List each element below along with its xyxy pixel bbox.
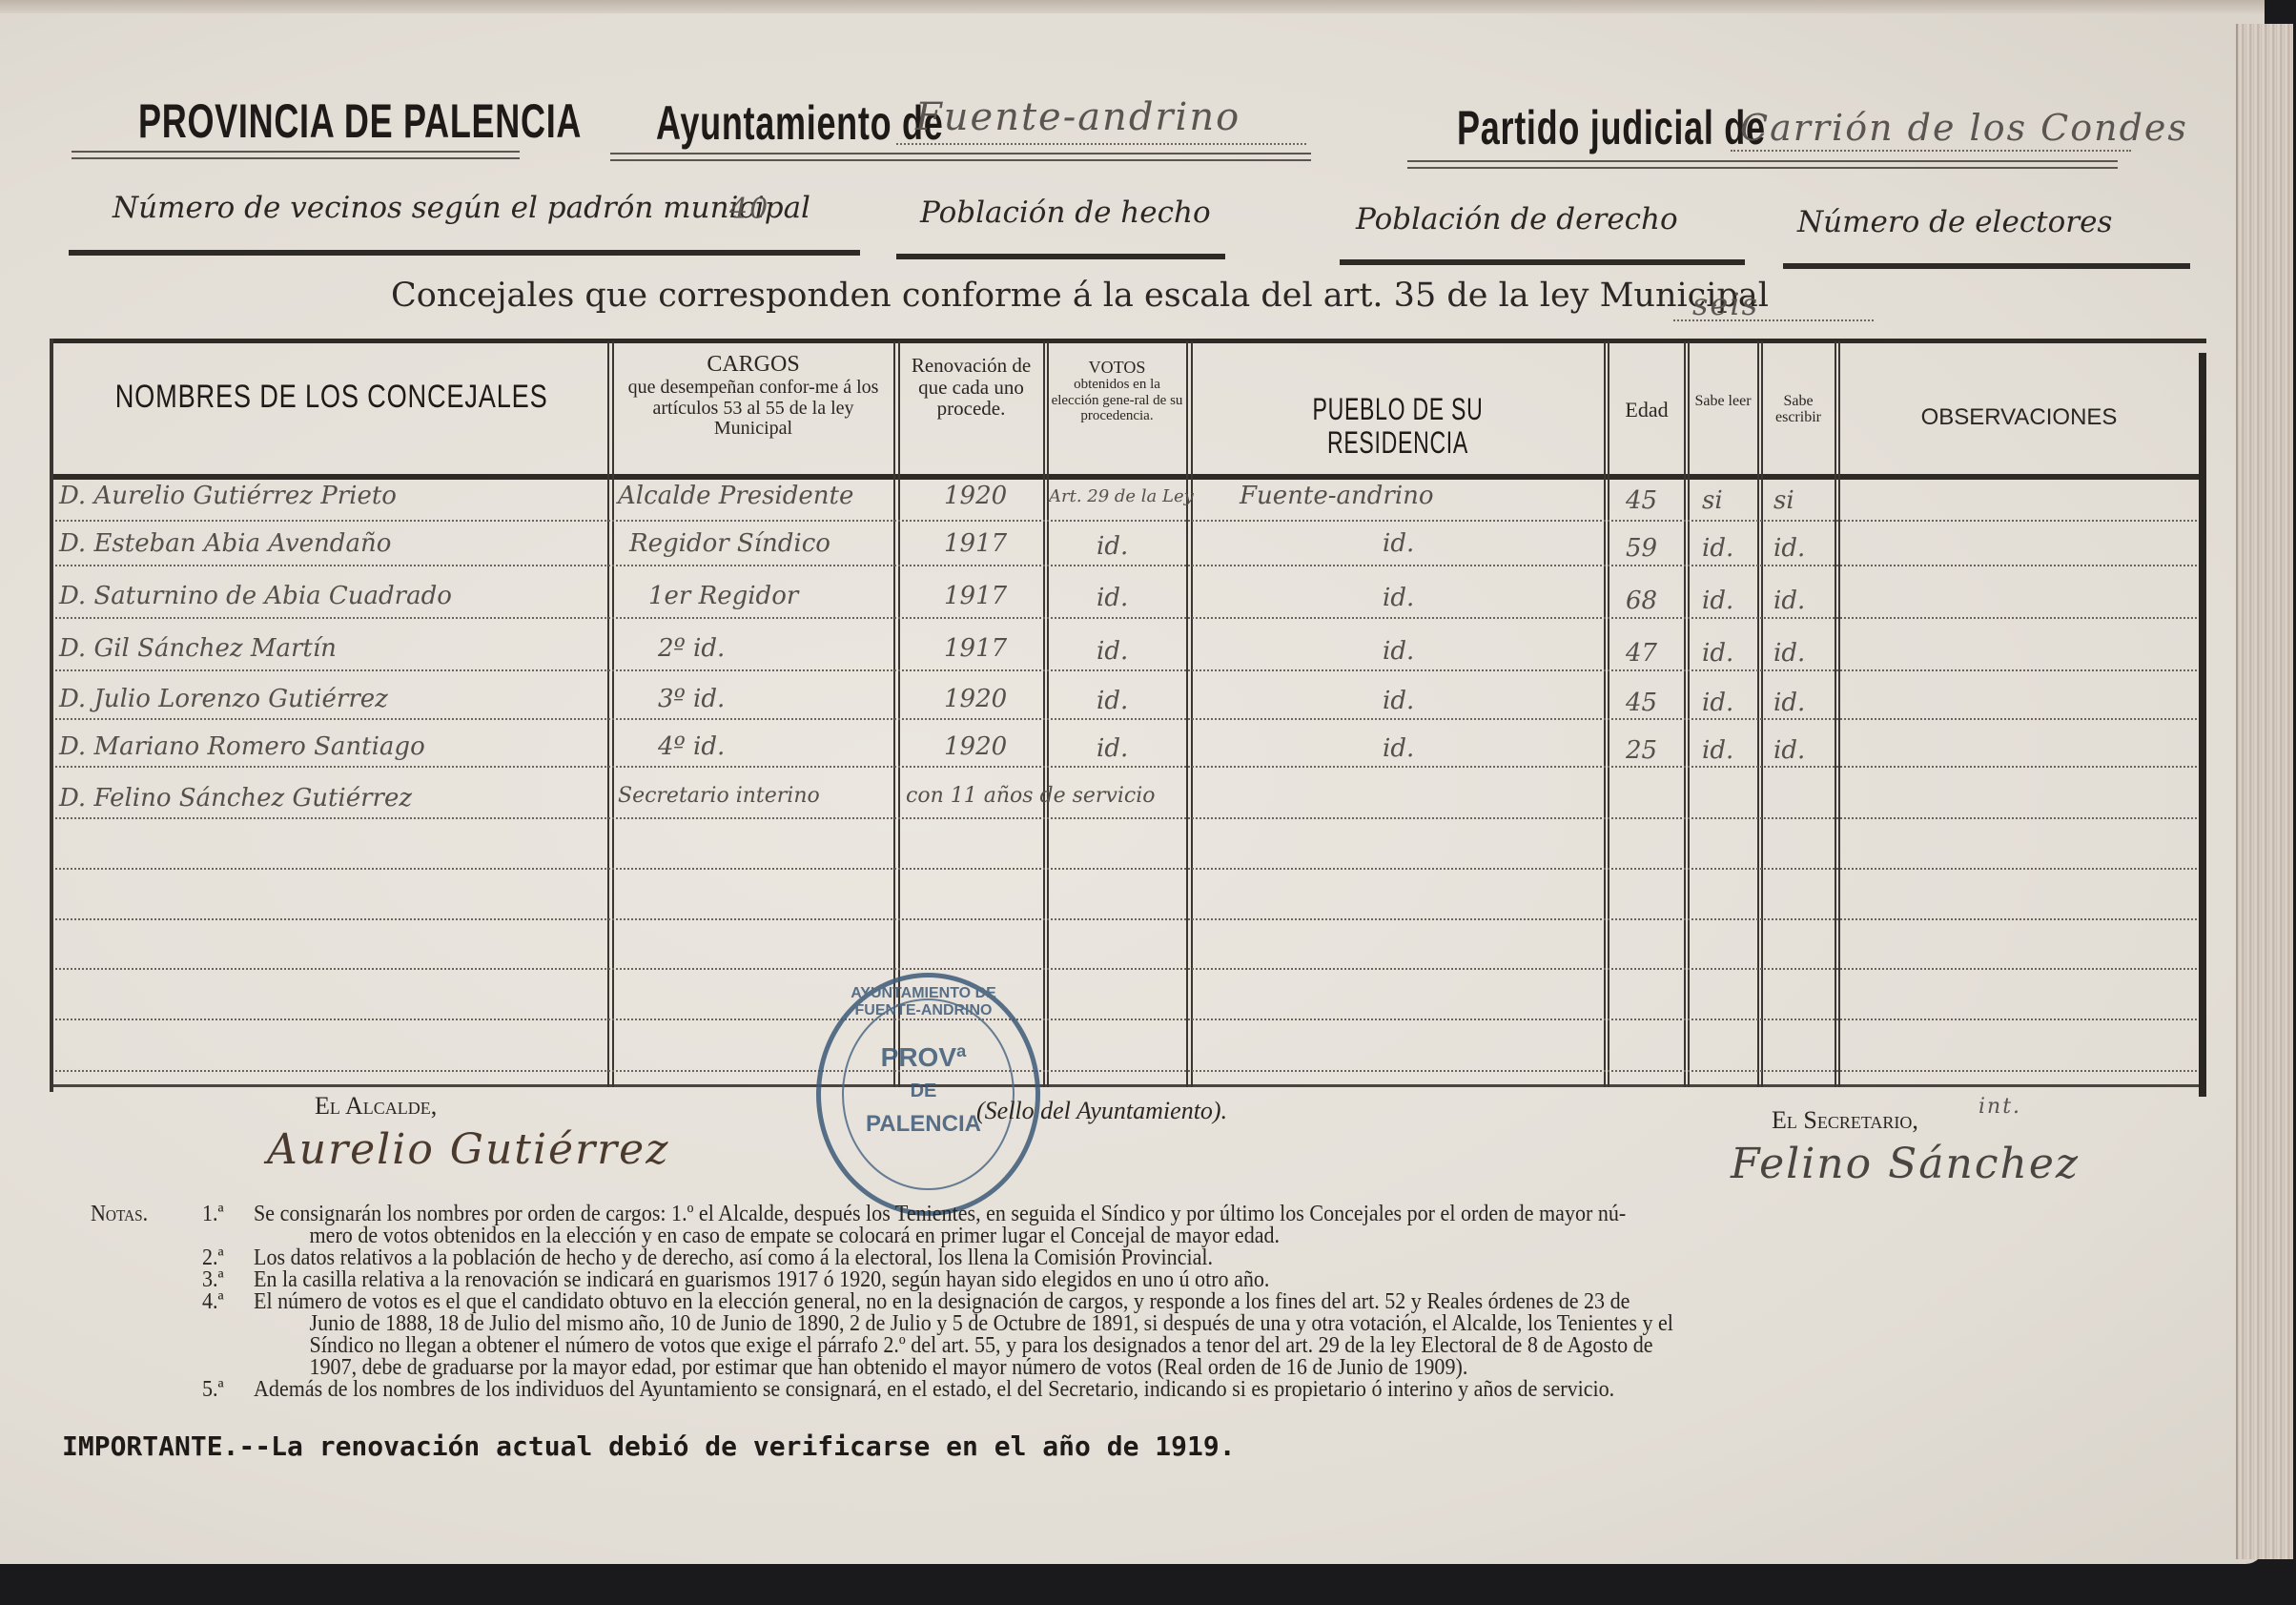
header-edad: Edad	[1609, 399, 1684, 422]
cell-nombre: D. Aurelio Gutiérrez Prieto	[59, 482, 397, 510]
book-page-edges	[2236, 24, 2293, 1559]
cell-cargo: Secretario interino	[618, 784, 820, 808]
ayuntamiento-stamp: AYUNTAMIENTO DE FUENTE-ANDRINO PROVª DE …	[816, 973, 1040, 1216]
hecho-rule	[896, 254, 1225, 259]
cell-renovacion: 1917	[944, 529, 1007, 558]
notes-block: Notas. 1.ª Se consignarán los nombres po…	[91, 1204, 2167, 1401]
col-divider	[1688, 341, 1690, 1087]
table-left-border	[50, 339, 53, 1092]
row-line	[55, 718, 2197, 720]
cell-edad: 47	[1626, 639, 1657, 668]
cell-cargo: 4º id.	[658, 732, 725, 761]
col-divider	[1838, 341, 1840, 1087]
col-divider	[1186, 341, 1188, 1087]
cell-renovacion: 1917	[944, 634, 1007, 663]
cell-edad: 45	[1626, 689, 1657, 717]
cell-pueblo: id.	[1383, 734, 1414, 763]
cell-nombre: D. Felino Sánchez Gutiérrez	[59, 784, 412, 813]
vecinos-label: Número de vecinos según el padrón munici…	[113, 191, 810, 225]
header-nombres-text: NOMBRES DE LOS CONCEJALES	[115, 380, 548, 415]
derecho-label: Población de derecho	[1356, 202, 1678, 237]
cell-votos: Art. 29 de la Ley	[1049, 486, 1194, 506]
row-line	[55, 1019, 2197, 1020]
header-sabe-leer: Sabe leer	[1690, 393, 1756, 409]
header-nombres: NOMBRES DE LOS CONCEJALES	[57, 380, 605, 416]
cell-cargo: Regidor Síndico	[629, 529, 830, 558]
ayuntamiento-underline	[610, 153, 1311, 161]
header-votos-sub: obtenidos en la elección gene-ral de su …	[1049, 377, 1185, 423]
notes-label: Notas.	[91, 1204, 148, 1225]
concejales-value: seis	[1692, 286, 1759, 322]
header-cargos-title: CARGOS	[614, 353, 892, 378]
col-divider	[898, 341, 900, 1087]
row-line	[55, 669, 2197, 671]
cell-pueblo: id.	[1383, 637, 1414, 666]
cell-nombre: D. Julio Lorenzo Gutiérrez	[59, 685, 388, 713]
partido-underline	[1407, 160, 2118, 169]
header-observaciones: OBSERVACIONES	[1840, 405, 2198, 430]
cell-edad: 45	[1626, 486, 1657, 515]
cell-leer: id.	[1702, 534, 1733, 563]
secretario-note: int.	[1978, 1095, 2021, 1119]
table-top-border	[50, 339, 2206, 343]
col-divider	[1835, 341, 1836, 1087]
col-divider	[1684, 341, 1686, 1087]
col-divider	[1047, 341, 1049, 1087]
cell-escribir: id.	[1773, 534, 1805, 563]
cell-votos: id.	[1097, 532, 1128, 561]
cell-pueblo: id.	[1383, 687, 1414, 715]
header-renovacion: Renovación de que cada uno procede.	[900, 355, 1042, 420]
cell-votos: id.	[1097, 584, 1128, 612]
cell-nombre: D. Saturnino de Abia Cuadrado	[59, 582, 452, 610]
cell-renovacion: 1920	[944, 732, 1007, 761]
cell-cargo: 3º id.	[658, 685, 725, 713]
col-divider	[612, 341, 614, 1087]
cell-leer: id.	[1702, 639, 1733, 668]
cell-renovacion: 1920	[944, 482, 1007, 510]
cell-pueblo: id.	[1383, 584, 1414, 612]
cell-escribir: id.	[1773, 586, 1805, 615]
sello-label: (Sello del Ayuntamiento).	[976, 1097, 1227, 1125]
note-num: 5.ª	[202, 1379, 224, 1401]
cell-leer: si	[1702, 486, 1723, 515]
header-sabe-escribir: Sabe escribir	[1763, 393, 1834, 426]
row-line	[55, 565, 2197, 566]
cell-pueblo: Fuente-andrino	[1240, 482, 1434, 510]
cell-leer: id.	[1702, 736, 1733, 765]
cell-nombre: D. Mariano Romero Santiago	[59, 732, 425, 761]
header-votos-title: VOTOS	[1049, 359, 1185, 377]
partido-label: Partido judicial de	[1457, 100, 1766, 155]
row-line	[55, 817, 2197, 819]
ayuntamiento-value: Fuente-andrino	[915, 95, 1240, 139]
hecho-label: Población de hecho	[920, 195, 1211, 230]
cell-cargo: 1er Regidor	[648, 582, 798, 610]
col-divider	[1043, 341, 1045, 1087]
cell-edad: 25	[1626, 736, 1657, 765]
cell-nombre: D. Esteban Abia Avendaño	[59, 529, 391, 558]
cell-nombre: D. Gil Sánchez Martín	[59, 634, 337, 663]
note-num: 4.ª	[202, 1291, 224, 1313]
cell-renovacion: 1920	[944, 685, 1007, 713]
importante-note: IMPORTANTE.--La renovación actual debió …	[62, 1430, 1236, 1462]
cell-votos: id.	[1097, 637, 1128, 666]
cell-escribir: id.	[1773, 736, 1805, 765]
table-bottom-rule	[53, 1084, 2199, 1087]
header-cargos-sub: que desempeñan confor-me á los artículos…	[614, 378, 892, 440]
cell-leer: id.	[1702, 586, 1733, 615]
electores-rule	[1783, 263, 2190, 269]
col-divider	[1761, 341, 1763, 1087]
alcalde-label: El Alcalde,	[315, 1092, 437, 1121]
cell-cargo: 2º id.	[658, 634, 725, 663]
vecinos-value: 40	[729, 193, 769, 226]
partido-value: Carrión de los Condes	[1740, 107, 2188, 149]
col-divider	[607, 341, 609, 1087]
note-text: Además de los nombres de los individuos …	[254, 1379, 1614, 1401]
col-divider	[1604, 341, 1606, 1087]
provincia-title: PROVINCIA DE PALENCIA	[138, 93, 582, 149]
cell-leer: id.	[1702, 689, 1733, 717]
row-line	[55, 520, 2197, 522]
secretario-signature: Felino Sánchez	[1731, 1140, 2080, 1188]
concejales-label: Concejales que corresponden conforme á l…	[391, 277, 1769, 315]
cell-renovacion: con 11 años de servicio	[906, 784, 1156, 808]
header-pueblo-text: PUEBLO DE SU RESIDENCIA	[1250, 393, 1546, 459]
row-line	[55, 617, 2197, 619]
row-line	[55, 1070, 2197, 1072]
cell-votos: id.	[1097, 734, 1128, 763]
row-line	[55, 868, 2197, 870]
electores-label: Número de electores	[1797, 205, 2112, 239]
cell-votos: id.	[1097, 687, 1128, 715]
cell-pueblo: id.	[1383, 529, 1414, 558]
header-pueblo: PUEBLO DE SU RESIDENCIA	[1193, 393, 1603, 459]
vecinos-rule	[69, 250, 860, 256]
cell-cargo: Alcalde Presidente	[618, 482, 853, 510]
secretario-label: El Secretario,	[1772, 1106, 1918, 1135]
ayuntamiento-dots	[896, 141, 1306, 145]
stamp-outer-text: AYUNTAMIENTO DE FUENTE-ANDRINO	[821, 985, 1026, 1019]
cell-escribir: id.	[1773, 639, 1805, 668]
note-5: 5.ªAdemás de los nombres de los individu…	[91, 1379, 2167, 1401]
alcalde-signature: Aurelio Gutiérrez	[267, 1125, 669, 1174]
derecho-rule	[1340, 259, 1745, 265]
cell-renovacion: 1917	[944, 582, 1007, 610]
cell-escribir: id.	[1773, 689, 1805, 717]
table-right-border	[2199, 353, 2206, 1097]
col-divider	[893, 341, 895, 1087]
note-num: 1.ª	[202, 1204, 224, 1225]
provincia-underline	[72, 151, 520, 159]
page-top-edge	[0, 0, 2265, 13]
col-divider	[1757, 341, 1759, 1087]
header-cargos: CARGOS que desempeñan confor-me á los ar…	[614, 353, 892, 440]
cell-escribir: si	[1773, 486, 1794, 515]
row-line	[55, 766, 2197, 768]
cell-edad: 68	[1626, 586, 1657, 615]
stamp-line1: PROVª	[821, 1042, 1026, 1073]
header-votos: VOTOS obtenidos en la elección gene-ral …	[1049, 359, 1185, 423]
cell-edad: 59	[1626, 534, 1657, 563]
table-header-rule	[53, 474, 2199, 480]
row-line	[55, 968, 2197, 970]
row-line	[55, 918, 2197, 920]
col-divider	[1608, 341, 1609, 1087]
